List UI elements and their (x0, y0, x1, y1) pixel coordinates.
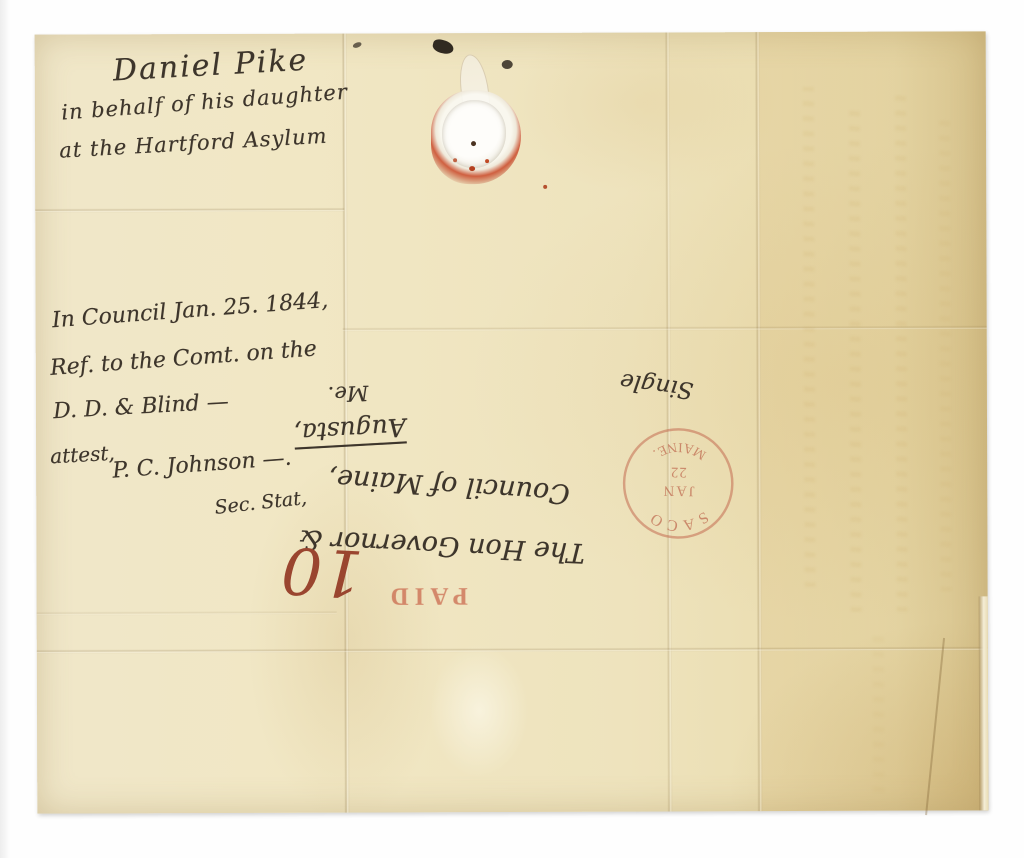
clerk-title: Sec. Stat, (213, 487, 307, 519)
wax-speck (469, 166, 475, 171)
ink-bleed-through (873, 632, 885, 792)
vertical-fold-crease (665, 32, 673, 811)
ink-mark (352, 41, 362, 49)
postmark-day-text: 22 (670, 464, 687, 480)
ink-bleed-through (803, 87, 816, 587)
council-docket-line: Ref. to the Comt. on the (49, 336, 317, 381)
paid-handstamp: PAID (385, 581, 468, 609)
address-line-city: Augusta, (293, 412, 406, 447)
rate-note-single: Single (618, 368, 694, 404)
docket-name: Daniel Pike (112, 43, 309, 89)
ink-bleed-through (849, 102, 862, 612)
address-line-body: Council of Maine, (327, 462, 570, 509)
clerk-signature: P. C. Johnson —. (111, 446, 292, 484)
ink-blot (502, 60, 513, 69)
scanned-letter-image: Daniel Pike in behalf of his daughter at… (0, 0, 1024, 858)
postmark-svg: SACO MAINE. JAN 22 (618, 424, 738, 544)
curled-paper-edge (979, 596, 989, 810)
horizontal-fold-crease (35, 208, 344, 213)
letter-paper: Daniel Pike in behalf of his daughter at… (35, 31, 989, 813)
saco-maine-postmark: SACO MAINE. JAN 22 (618, 424, 738, 544)
ink-bleed-through (939, 111, 952, 591)
docket-line: at the Hartford Asylum (59, 124, 328, 163)
postmark-state-text: MAINE. (649, 439, 709, 463)
manuscript-rate-10: 10 (280, 532, 365, 610)
council-docket-line: In Council Jan. 25. 1844, (51, 288, 329, 333)
address-line-state: Me. (327, 381, 369, 407)
seal-ink-dot (471, 141, 476, 146)
docket-line: in behalf of his daughter (60, 80, 348, 125)
postmark-month-text: JAN (662, 482, 695, 498)
wax-speck (485, 159, 489, 163)
scanner-background (0, 0, 10, 858)
wax-speck (453, 158, 457, 162)
red-speck (543, 185, 547, 189)
council-docket-line: D. D. & Blind — (52, 389, 229, 424)
ink-bleed-through (895, 92, 908, 612)
horizontal-fold-crease (37, 611, 337, 616)
wax-seal-remnant (425, 38, 530, 190)
council-docket-line: attest, (49, 441, 115, 469)
